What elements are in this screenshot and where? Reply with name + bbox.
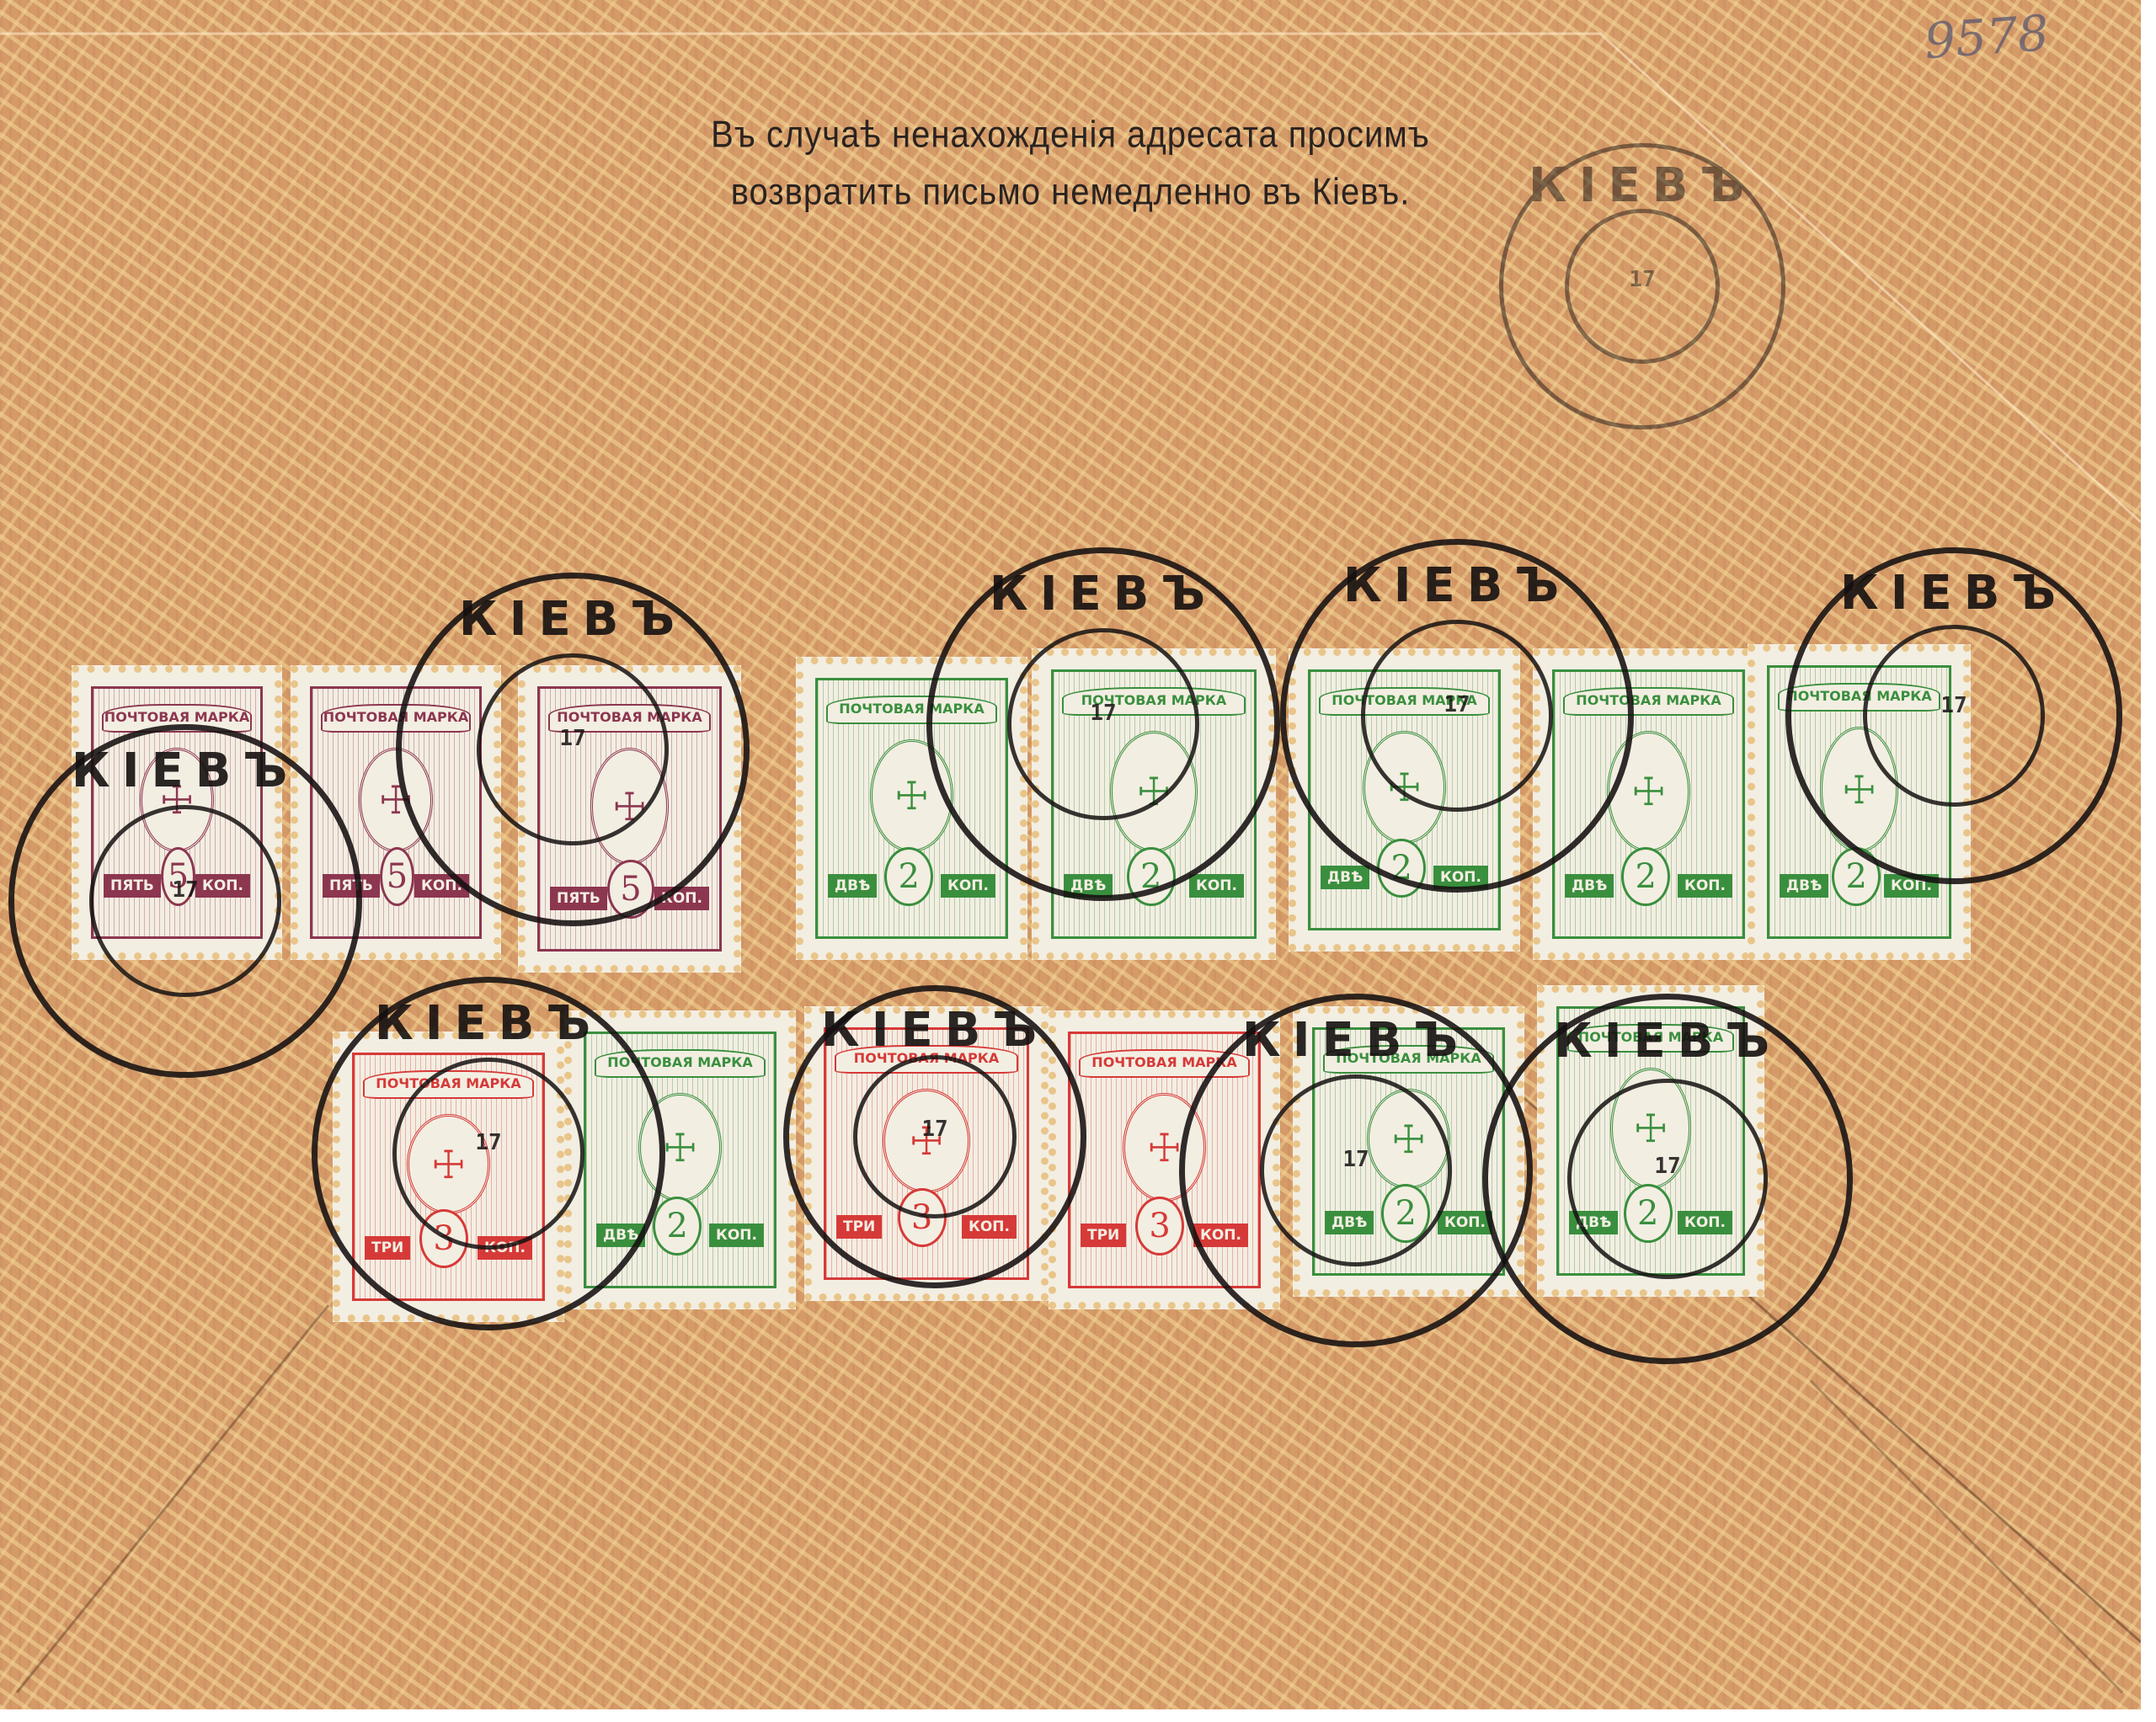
postmark-date: 17 xyxy=(318,1130,659,1155)
denomination-word: ТРИ xyxy=(1081,1224,1126,1247)
return-notice-line-2: возвратить письмо немедленно въ Кіевъ. xyxy=(0,171,2141,213)
denomination-unit: КОП. xyxy=(1678,874,1732,898)
stamp-denomination: ДВѢ2КОП. xyxy=(1565,871,1732,901)
denomination-word: ДВѢ xyxy=(1321,866,1369,889)
denomination-unit: КОП. xyxy=(709,1224,764,1247)
postmark-date: 17 xyxy=(14,877,356,903)
denomination-unit: КОП. xyxy=(1189,874,1244,898)
denomination-word: ДВѢ xyxy=(1780,874,1828,898)
postmark-city: КІЕВЪ xyxy=(1488,1014,1847,1069)
kiev-postmark: КІЕВЪ17 xyxy=(396,573,750,926)
postmark-city: КІЕВЪ xyxy=(1503,158,1781,213)
pencil-notation: 9578 xyxy=(1923,4,2051,70)
denomination-value: 2 xyxy=(1621,847,1670,906)
kiev-postmark: КІЕВЪ17 xyxy=(1499,143,1785,429)
postmark-date: 17 xyxy=(1791,693,2116,718)
kiev-postmark: КІЕВЪ17 xyxy=(1280,539,1634,893)
denomination-unit: КОП. xyxy=(941,874,995,898)
kiev-postmark: КІЕВЪ17 xyxy=(1785,547,2122,884)
postmark-date: 17 xyxy=(1286,692,1628,717)
denomination-value: 2 xyxy=(884,847,933,906)
kiev-postmark: КІЕВЪ17 xyxy=(1179,994,1533,1347)
envelope-back: Въ случаѣ ненахожденія адресата просимъ … xyxy=(0,0,2141,1709)
kiev-postmark: КІЕВЪ17 xyxy=(8,724,362,1078)
postmark-date: 17 xyxy=(1503,267,1781,292)
return-notice-line-1: Въ случаѣ ненахожденія адресата просимъ xyxy=(0,114,2141,156)
denomination-word: ДВѢ xyxy=(828,874,877,898)
kiev-postmark: КІЕВЪ17 xyxy=(312,977,665,1330)
postmark-date: 17 xyxy=(402,726,744,751)
denomination-value: 3 xyxy=(1135,1197,1184,1256)
postmark-city: КІЕВЪ xyxy=(14,744,356,798)
kiev-postmark: КІЕВЪ17 xyxy=(1482,994,1853,1364)
postmark-date: 17 xyxy=(1185,1147,1527,1172)
postmark-city: КІЕВЪ xyxy=(402,592,744,647)
postmark-city: КІЕВЪ xyxy=(318,996,659,1051)
postmark-date: 17 xyxy=(1488,1154,1847,1179)
postmark-city: КІЕВЪ xyxy=(932,567,1274,621)
denomination-value: 2 xyxy=(653,1197,702,1256)
stamp-denomination: ДВѢ2КОП. xyxy=(828,871,995,901)
postmark-date: 17 xyxy=(789,1117,1081,1142)
postmark-date: 17 xyxy=(932,701,1274,726)
postmark-city: КІЕВЪ xyxy=(789,1003,1081,1058)
postmark-city: КІЕВЪ xyxy=(1791,566,2116,621)
denomination-value: 5 xyxy=(380,847,414,906)
kiev-postmark: КІЕВЪ17 xyxy=(783,985,1086,1288)
denomination-word: ДВѢ xyxy=(1565,874,1614,898)
kiev-postmark: КІЕВЪ17 xyxy=(926,547,1280,901)
postmark-city: КІЕВЪ xyxy=(1185,1013,1527,1068)
postmark-city: КІЕВЪ xyxy=(1286,558,1628,613)
